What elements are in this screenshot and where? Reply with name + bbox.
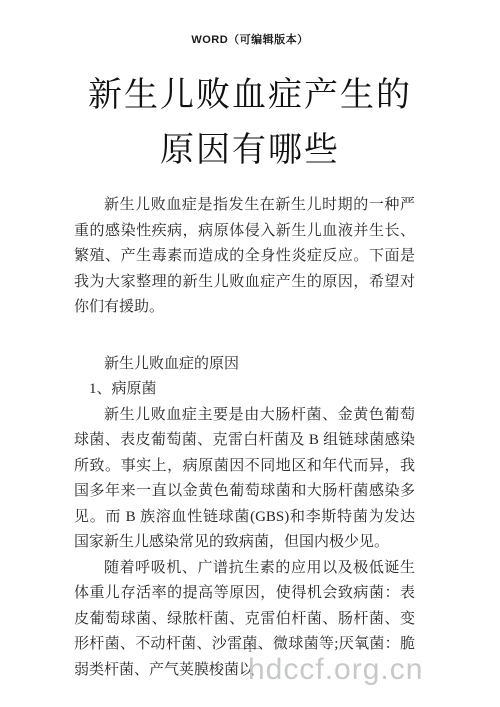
header-label: WORD（可编辑版本） (0, 34, 500, 46)
title-line-2: 原因有哪些 (0, 123, 500, 178)
section-heading: 新生儿败血症的原因 (74, 352, 415, 378)
document-page: WORD（可编辑版本） 新生儿败血症产生的 原因有哪些 新生儿败血症是指发生在新… (0, 0, 500, 707)
document-body: 新生儿败血症是指发生在新生儿时期的一种严重的感染性疾病，病原体侵入新生儿血液并生… (74, 193, 415, 683)
watermark-text: hdccf.org.cn (248, 655, 423, 685)
intro-paragraph: 新生儿败血症是指发生在新生儿时期的一种严重的感染性疾病，病原体侵入新生儿血液并生… (74, 193, 415, 321)
pathogen-paragraph-1: 新生儿败血症主要是由大肠杆菌、金黄色葡萄球菌、表皮葡萄菌、克雷白杆菌及 B 组链… (74, 403, 415, 556)
title-line-1: 新生儿败血症产生的 (0, 68, 500, 123)
list-item-1-heading: 1、病原菌 (74, 377, 415, 403)
document-title: 新生儿败血症产生的 原因有哪些 (0, 68, 500, 178)
